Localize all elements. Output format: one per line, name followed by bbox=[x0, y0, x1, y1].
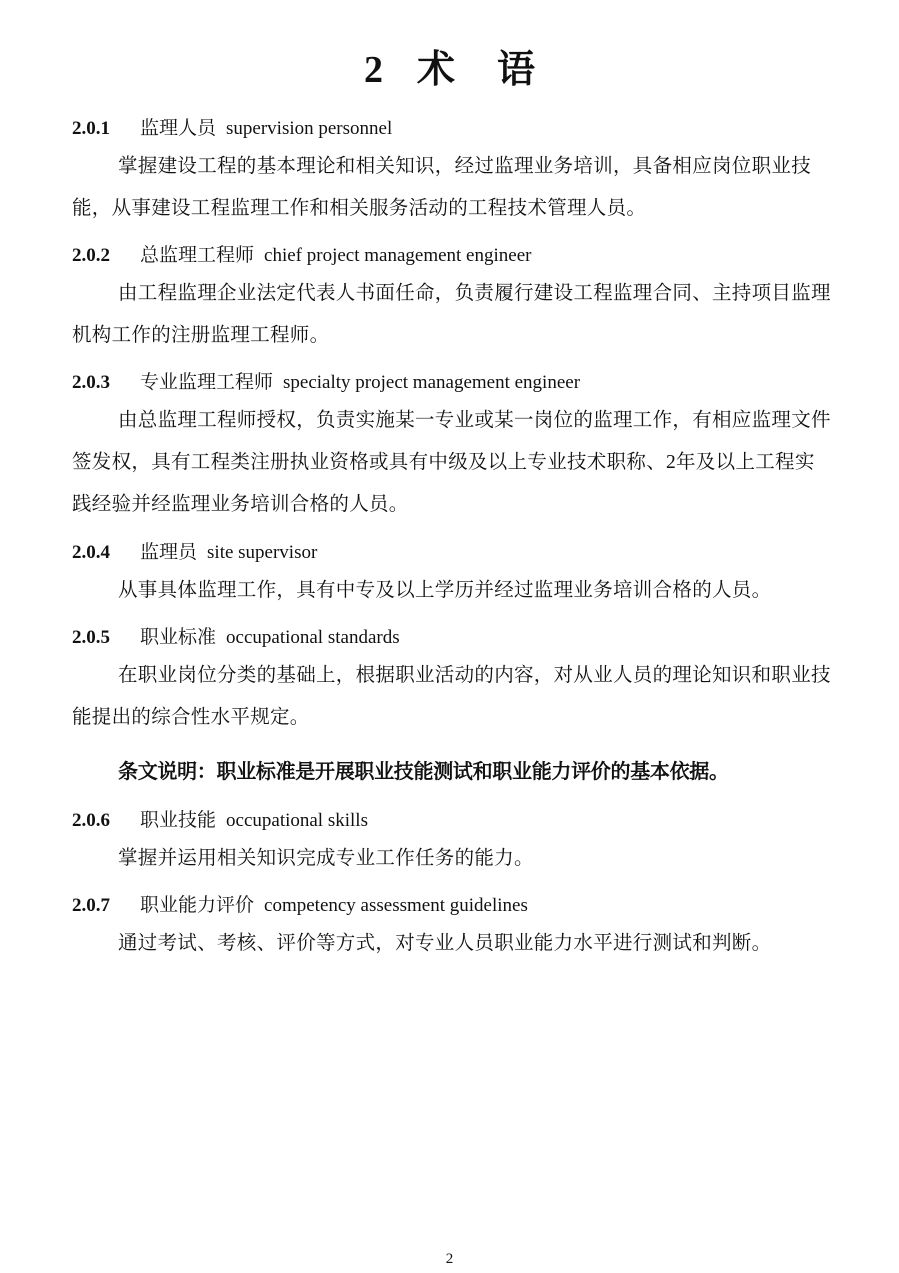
term-en: occupational skills bbox=[226, 810, 368, 831]
term-heading: 2.0.5职业标准occupational standards bbox=[72, 622, 400, 649]
term-code: 2.0.1 bbox=[72, 118, 140, 140]
term-cn: 监理员 bbox=[140, 542, 197, 563]
term-definition: 通过考试、考核、评价等方式，对专业人员职业能力水平进行测试和判断。 bbox=[72, 923, 832, 965]
chapter-title-char-1: 术 bbox=[417, 49, 455, 91]
chapter-title-char-2: 语 bbox=[497, 49, 535, 91]
term-heading: 2.0.4监理员site supervisor bbox=[72, 537, 317, 564]
term-code: 2.0.5 bbox=[72, 627, 140, 649]
term-code: 2.0.3 bbox=[72, 372, 140, 394]
term-en: supervision personnel bbox=[226, 118, 392, 139]
term-cn: 职业标准 bbox=[140, 627, 216, 648]
term-code: 2.0.7 bbox=[72, 895, 140, 917]
term-heading: 2.0.3专业监理工程师specialty project management… bbox=[72, 367, 580, 394]
term-heading: 2.0.7职业能力评价competency assessment guideli… bbox=[72, 890, 528, 917]
term-code: 2.0.4 bbox=[72, 542, 140, 564]
term-code: 2.0.6 bbox=[72, 810, 140, 832]
page-number: 2 bbox=[0, 1251, 899, 1268]
term-definition: 从事具体监理工作，具有中专及以上学历并经过监理业务培训合格的人员。 bbox=[72, 570, 832, 612]
term-cn: 职业技能 bbox=[140, 810, 216, 831]
term-code: 2.0.2 bbox=[72, 245, 140, 267]
clause-explanation-note: 条文说明：职业标准是开展职业技能测试和职业能力评价的基本依据。 bbox=[118, 755, 729, 784]
term-definition: 掌握并运用相关知识完成专业工作任务的能力。 bbox=[72, 838, 832, 880]
term-heading: 2.0.6职业技能occupational skills bbox=[72, 805, 368, 832]
term-cn: 监理人员 bbox=[140, 118, 216, 139]
term-cn: 专业监理工程师 bbox=[140, 372, 273, 393]
chapter-title: 2术语 bbox=[0, 38, 899, 93]
term-definition: 掌握建设工程的基本理论和相关知识，经过监理业务培训，具备相应岗位职业技能，从事建… bbox=[72, 146, 832, 230]
term-en: competency assessment guidelines bbox=[264, 895, 528, 916]
term-definition: 由总监理工程师授权，负责实施某一专业或某一岗位的监理工作，有相应监理文件签发权，… bbox=[72, 400, 832, 526]
term-definition: 在职业岗位分类的基础上，根据职业活动的内容，对从业人员的理论知识和职业技能提出的… bbox=[72, 655, 832, 739]
term-en: site supervisor bbox=[207, 542, 317, 563]
term-cn: 总监理工程师 bbox=[140, 245, 254, 266]
term-en: chief project management engineer bbox=[264, 245, 531, 266]
term-heading: 2.0.1监理人员supervision personnel bbox=[72, 113, 392, 140]
chapter-number: 2 bbox=[364, 49, 383, 91]
term-definition: 由工程监理企业法定代表人书面任命，负责履行建设工程监理合同、主持项目监理机构工作… bbox=[72, 273, 832, 357]
term-en: specialty project management engineer bbox=[283, 372, 580, 393]
term-cn: 职业能力评价 bbox=[140, 895, 254, 916]
term-heading: 2.0.2总监理工程师chief project management engi… bbox=[72, 240, 531, 267]
term-en: occupational standards bbox=[226, 627, 400, 648]
